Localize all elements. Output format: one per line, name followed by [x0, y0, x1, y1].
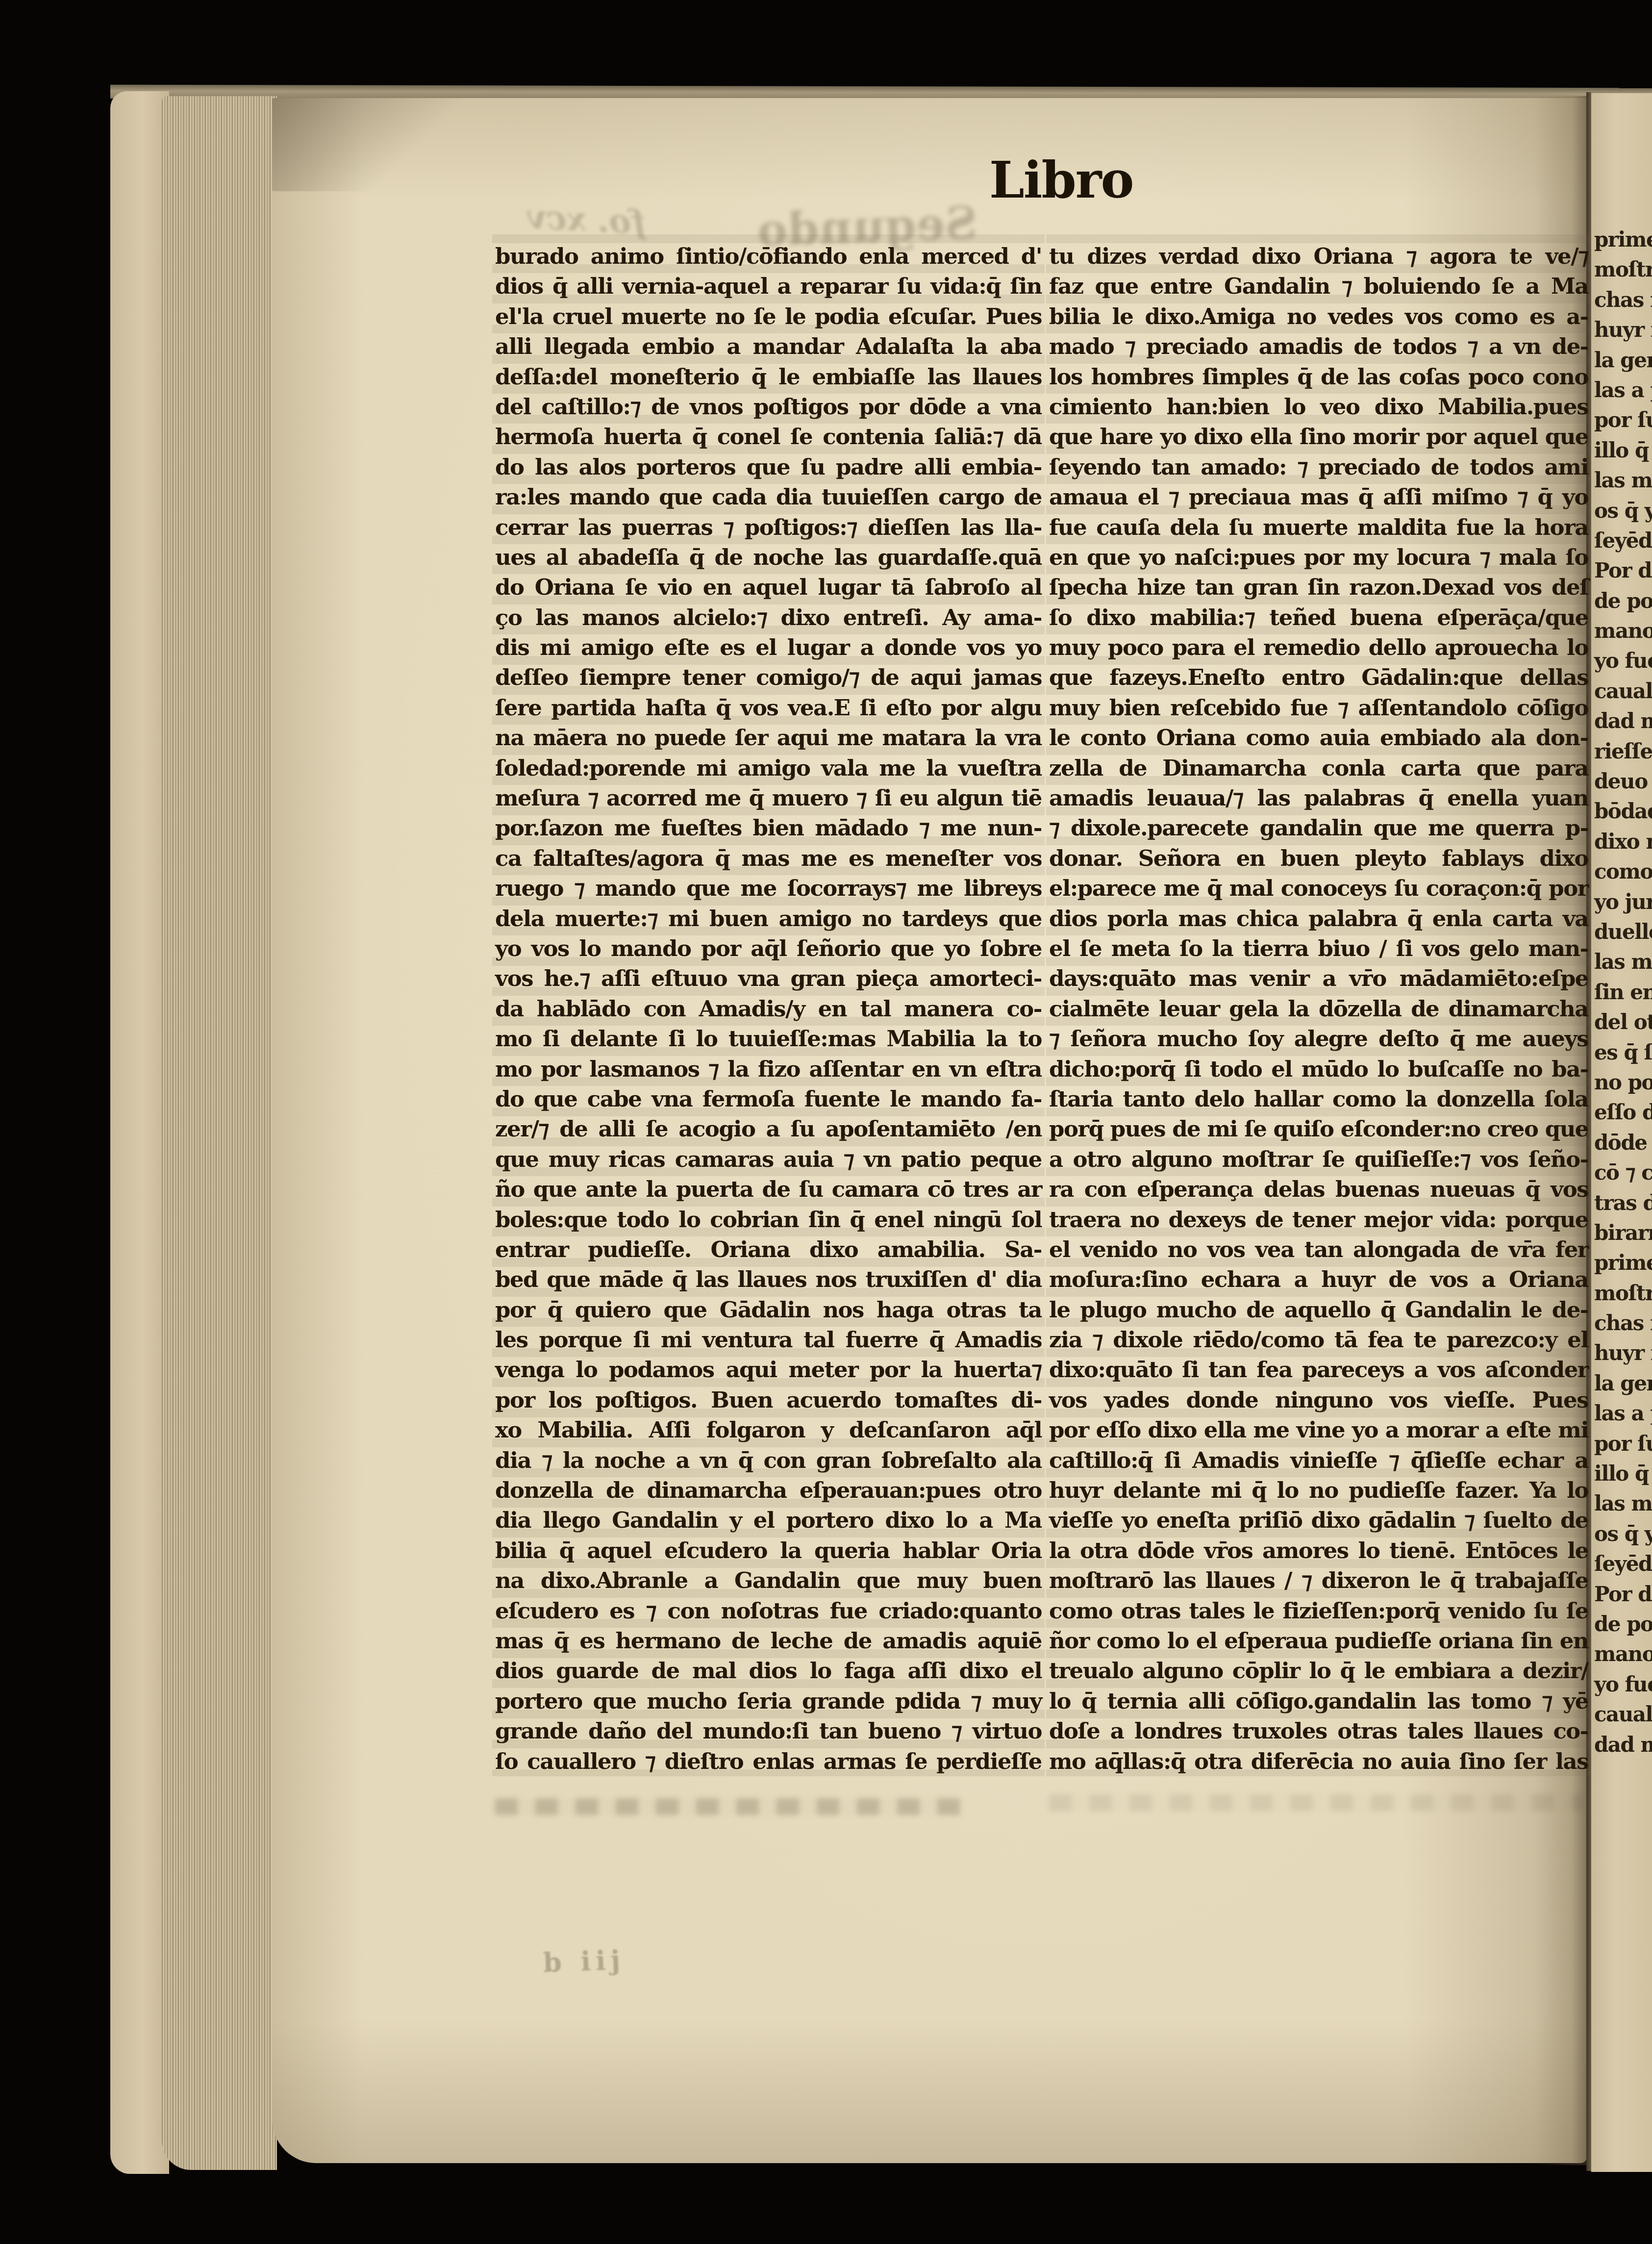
text-column-left: burado animo ſintio/cōfiando enla merced… — [495, 241, 1042, 1776]
text-line: que fazeys.Eneſto entro Gādalin:que dell… — [1049, 662, 1588, 692]
text-line: el venido no vos vea tan alongada de vr̄… — [1049, 1235, 1588, 1264]
text-line: dia ⁊ la noche a vn q̄ con gran ſobreſal… — [495, 1445, 1042, 1475]
facing-page-line: cō ⁊ cō vn — [1594, 1158, 1652, 1187]
facing-page-line: dixo mabilia a — [1594, 827, 1652, 857]
text-line: donzella de dinamarcha eſperauan:pues ot… — [495, 1475, 1042, 1505]
text-line: por los poſtigos. Buen acuerdo tomaſtes … — [495, 1385, 1042, 1415]
facing-page-line: huyr no puede:⁊ — [1594, 315, 1652, 345]
text-line: days:quāto mas venir a vr̄o mādamiēto:eſ… — [1049, 963, 1588, 993]
text-line: porq̄ pues de mi ſe quiſo eſconder:no cr… — [1049, 1114, 1588, 1144]
setoff-smudge-right — [1049, 1794, 1583, 1811]
facing-page-line: manos:⁊ dixo le — [1594, 616, 1652, 646]
text-line: por.ſazon me fueſtes bien mādado ⁊ me nu… — [495, 813, 1042, 843]
text-line: entrar pudieſſe. Oriana dixo amabilia. S… — [495, 1235, 1042, 1264]
text-line: muy bien reſcebido fue ⁊ aſſentandolo cō… — [1049, 693, 1588, 723]
text-line: moſura:ſino echara a huyr de vos a Orian… — [1049, 1264, 1588, 1294]
setoff-smudge-left — [495, 1798, 961, 1815]
text-line: do que cabe vna fermoſa fuente le mando … — [495, 1084, 1042, 1114]
text-line: ra:les mando que cada dia tuuieſſen carg… — [495, 482, 1042, 512]
facing-page-line: la gente del caſt — [1594, 1368, 1652, 1398]
text-line: da hablādo con Amadis/y en tal manera co… — [495, 994, 1042, 1024]
text-line: burado animo ſintio/cōfiando enla merced… — [495, 241, 1042, 271]
facing-page-strip: primeras viejasmoſtro las llauechas ſerā… — [1591, 93, 1652, 2172]
text-line: por eſſo dixo ella me vine yo a morar a … — [1049, 1415, 1588, 1445]
text-line: na māera no puede ſer aqui me matara la … — [495, 723, 1042, 753]
text-line: ſeyendo tan amado: ⁊ preciado de todos a… — [1049, 452, 1588, 482]
facing-page-line: os q̄ ya oyſtes — [1594, 496, 1652, 526]
text-line: ço las manos alcielo:⁊ dixo entreſi. Ay … — [495, 603, 1042, 632]
text-line: do Oriana ſe vio en aquel lugar tā ſabro… — [495, 572, 1042, 602]
text-line: donar. Señora en buen pleyto fablays dix… — [1049, 843, 1588, 873]
text-line: ues al abadeſſa q̄ de noche las guardaſſ… — [495, 542, 1042, 572]
text-line: doſe a londres truxoles otras tales llau… — [1049, 1716, 1588, 1746]
facing-page-line: las manos ſe — [1594, 1488, 1652, 1518]
page-block-fore-edge — [162, 96, 277, 2170]
text-line: moſtrarō las llaues / ⁊ dixeron le q̄ tr… — [1049, 1565, 1588, 1595]
text-line: meſura ⁊ acorred me q̄ muero ⁊ ſi eu alg… — [495, 783, 1042, 813]
text-line: la otra dōde vr̄os amores lo tienē. Entō… — [1049, 1536, 1588, 1565]
facing-page-line: illo q̄ mi poco ſ — [1594, 1459, 1652, 1488]
facing-page-line: dōde la p — [1594, 1128, 1652, 1158]
text-line: ſere partida haſta q̄ vos vea.E ſi eſto … — [495, 693, 1042, 723]
text-line: huyr delante mi q̄ lo no pudieſſe fazer.… — [1049, 1475, 1588, 1505]
text-line: ra con eſperança delas buenas nueuas q̄ … — [1049, 1174, 1588, 1204]
facing-page-line: no podr — [1594, 1067, 1652, 1097]
facing-page-line: las a prouar. A — [1594, 375, 1652, 405]
facing-page-line: como acaba — [1594, 857, 1652, 886]
text-line: el:parece me q̄ mal conoceys ſu coraçon:… — [1049, 873, 1588, 903]
facing-page-line: ſeyēdo y a ce — [1594, 526, 1652, 555]
text-line: les porque ſi mi ventura tal fuerre q̄ A… — [495, 1325, 1042, 1355]
text-line: dia llego Gandalin y el portero dixo lo … — [495, 1505, 1042, 1535]
facing-page-line: cauallo de — [1594, 676, 1652, 706]
text-line: ca faltaſtes/agora q̄ mas me es meneſter… — [495, 843, 1042, 873]
text-line: mo aq̄llas:q̄ otra diferēcia no auia ſin… — [1049, 1746, 1588, 1776]
text-line: ⁊ dixole.parecete gandalin que me querra… — [1049, 813, 1588, 843]
deckle-page-edge — [110, 91, 169, 2174]
text-line: hermoſa huerta q̄ conel ſe contenia ſali… — [495, 422, 1042, 452]
text-line: dela muerte:⁊ mi buen amigo no tardeys q… — [495, 904, 1042, 933]
text-column-right: tu dizes verdad dixo Oriana ⁊ agora te v… — [1049, 241, 1588, 1776]
facing-page-line: primeras viejas — [1594, 1248, 1652, 1278]
facing-page-line: ſeyēdo y a ce — [1594, 1549, 1652, 1579]
text-line: zer/⁊ de alli ſe acogio a ſu apoſentamiē… — [495, 1114, 1042, 1144]
text-line: na dixo.Abranle a Gandalin que muy buen — [495, 1565, 1042, 1595]
text-line: a otro alguno moſtrar ſe quiſieſſe:⁊ vos… — [1049, 1144, 1588, 1174]
facing-page-line: deuo temer ſeg — [1594, 766, 1652, 796]
text-line: ſpecha hize tan gran ſin razon.Dexad vos… — [1049, 572, 1588, 602]
text-line: que hare yo dixo ella ſino morir por aqu… — [1049, 422, 1588, 452]
text-line: los hombres ſimples q̄ de las coſas poco… — [1049, 362, 1588, 392]
text-line: ñor como lo el eſperaua pudieſſe oriana … — [1049, 1626, 1588, 1656]
text-line: bed que māde q̄ las llaues nos truxiſſen… — [495, 1264, 1042, 1294]
text-line: tu dizes verdad dixo Oriana ⁊ agora te v… — [1049, 241, 1588, 271]
text-line: bilia q̄ aquel eſcudero la queria hablar… — [495, 1536, 1042, 1565]
facing-page-line: es q̄ ſer — [1594, 1037, 1652, 1067]
facing-page-line: primeras viejas — [1594, 225, 1652, 254]
text-line: cimiento han:bien lo veo dixo Mabilia.pu… — [1049, 392, 1588, 422]
facing-page-line: moſtro las llaue — [1594, 254, 1652, 284]
text-line: dis mi amigo eſte es el lugar a donde vo… — [495, 632, 1042, 662]
facing-page-line: illo q̄ mi poco ſ — [1594, 435, 1652, 465]
text-line: por q̄ quiero que Gādalin nos haga otras… — [495, 1295, 1042, 1325]
text-line: eſcudero es ⁊ con noſotras fue criado:qu… — [495, 1596, 1042, 1626]
text-line: lo q̄ ternia alli cōſigo.gandalin las to… — [1049, 1686, 1588, 1716]
text-line: del caſtillo:⁊ de vnos poſtigos por dōde… — [495, 392, 1042, 422]
text-line: dios q̄ alli vernia-aquel a reparar ſu v… — [495, 271, 1042, 301]
text-line: en que yo naſci:pues por my locura ⁊ mal… — [1049, 542, 1588, 572]
facing-page-line: yo fuere q̄ vos — [1594, 1669, 1652, 1699]
facing-page-line: chas ſerā cauſa — [1594, 1308, 1652, 1338]
facing-page-line: duello ni ceñ — [1594, 917, 1652, 947]
facing-page-line: dad me ſin m — [1594, 706, 1652, 736]
facing-page-line: Por dios am — [1594, 555, 1652, 585]
text-line: yo vos lo mando por aq̄l ſeñorio que yo … — [495, 933, 1042, 963]
text-line: vos yades donde ninguno vos vieſſe. Pues — [1049, 1385, 1588, 1415]
text-line: venga lo podamos aqui meter por la huert… — [495, 1355, 1042, 1385]
facing-page-line: Por dios am — [1594, 1579, 1652, 1609]
text-line: amaua el ⁊ preciaua mas q̄ aſſi miſmo ⁊ … — [1049, 482, 1588, 512]
text-line: zia ⁊ dixole riēdo/como tā fea te parezc… — [1049, 1325, 1588, 1355]
running-title: Libro — [989, 151, 1136, 210]
facing-page-line: por ſu mercēd — [1594, 1429, 1652, 1459]
text-line: ſo cauallero ⁊ dieſtro enlas armas ſe pe… — [495, 1746, 1042, 1776]
text-line: xo Mabilia. Aſſi folgaron y deſcanſaron … — [495, 1415, 1042, 1445]
facing-page-line: las manos ſe — [1594, 465, 1652, 495]
facing-page-line: yo juro q̄ en — [1594, 887, 1652, 917]
facing-page-line: bōdad de arm — [1594, 796, 1652, 826]
text-line: boles:que todo lo cobrian ſin q̄ enel ni… — [495, 1205, 1042, 1235]
facing-page-line: de poder de yr — [1594, 1609, 1652, 1639]
text-line: caſtillo:q̄ ſi Amadis vinieſſe ⁊ q̄ſieſſ… — [1049, 1445, 1588, 1475]
text-line: que muy ricas camaras auia ⁊ vn patio pe… — [495, 1144, 1042, 1174]
text-line: ſo dixo mabilia:⁊ teñed buena eſperāça/q… — [1049, 603, 1588, 632]
text-line: bilia le dixo.Amiga no vedes vos como es… — [1049, 302, 1588, 331]
facing-page-line: birarmas eſt — [1594, 1218, 1652, 1248]
text-line: ſtaria tanto delo hallar como la donzell… — [1049, 1084, 1588, 1114]
facing-page-line: manos:⁊ dixo le — [1594, 1639, 1652, 1669]
facing-page-text: primeras viejasmoſtro las llauechas ſerā… — [1594, 225, 1652, 1760]
facing-page-line: huyr no puede:⁊ — [1594, 1338, 1652, 1368]
text-line: le conto Oriana como auia embiado ala do… — [1049, 723, 1588, 753]
text-line: grande daño del mundo:ſi tan bueno ⁊ vir… — [495, 1716, 1042, 1746]
facing-page-line: del otro:⁊ aſſ — [1594, 1007, 1652, 1037]
text-line: dios porla mas chica palabra q̄ enla car… — [1049, 904, 1588, 933]
text-line: cialmēte leuar gela la dōzella de dinama… — [1049, 994, 1588, 1024]
facing-page-line: la gente del caſt — [1594, 345, 1652, 375]
text-line: como otras tales le fizieſſen:porq̄ veni… — [1049, 1596, 1588, 1626]
page-corner-shadow — [272, 98, 478, 191]
text-line: ſoledad:porende mi amigo vala me la vueſ… — [495, 753, 1042, 783]
facing-page-line: las manos — [1594, 947, 1652, 977]
facing-page-line: ſin entreu a — [1594, 977, 1652, 1007]
text-line: ño que ante la puerta de ſu camara cō tr… — [495, 1174, 1042, 1204]
text-line: vos he.⁊ aſſi eſtuuo vna gran pieça amor… — [495, 963, 1042, 993]
facing-page-line: eſſo dix — [1594, 1097, 1652, 1127]
facing-page-line: rieſſe:⁊ dixo — [1594, 736, 1652, 766]
text-line: muy poco para el remedio dello aprouecha… — [1049, 632, 1588, 662]
text-line: deſſeo ſiempre tener comigo/⁊ de aqui ja… — [495, 662, 1042, 692]
text-line: faz que entre Gandalin ⁊ boluiendo ſe a … — [1049, 271, 1588, 301]
text-line: do las alos porteros que ſu padre alli e… — [495, 452, 1042, 482]
text-line: traera no dexeys de tener mejor vida: po… — [1049, 1205, 1588, 1235]
text-line: dicho:porq̄ ſi todo el mūdo lo buſcaſſe … — [1049, 1054, 1588, 1084]
text-line: el'la cruel muerte no ſe le podia eſcuſa… — [495, 302, 1042, 331]
text-line: zella de Dinamarcha conla carta que para — [1049, 753, 1588, 783]
text-line: el ſe meta ſo la tierra biuo / ſi vos ge… — [1049, 933, 1588, 963]
text-line: portero que mucho ſeria grande pdida ⁊ m… — [495, 1686, 1042, 1716]
text-line: mado ⁊ preciado amadis de todos ⁊ a vn d… — [1049, 331, 1588, 361]
text-line: mas q̄ es hermano de leche de amadis aqu… — [495, 1626, 1042, 1656]
facing-page-line: dad me ſin m — [1594, 1730, 1652, 1760]
facing-page-line: las a prouar. A — [1594, 1398, 1652, 1428]
facing-page-line: yo fuere q̄ vos — [1594, 646, 1652, 676]
text-line: mo por lasmanos ⁊ la fizo aſſentar en vn… — [495, 1054, 1042, 1084]
text-line: dios guarde de mal dios lo faga aſſi dix… — [495, 1656, 1042, 1686]
text-line: deſſa:del moneſterio q̄ le embiaſſe las … — [495, 362, 1042, 392]
facing-page-line: chas ſerā cauſa — [1594, 285, 1652, 315]
text-line: alli llegada embio a mandar Adalaſta la … — [495, 331, 1042, 361]
text-line: treualo alguno cōplir lo q̄ le embiara a… — [1049, 1656, 1588, 1686]
text-line: le plugo mucho de aquello q̄ Gandalin le… — [1049, 1295, 1588, 1325]
facing-page-line: moſtro las llaue — [1594, 1278, 1652, 1308]
text-line: vieſſe yo eneſta priſiō dixo gādalin ⁊ ſ… — [1049, 1505, 1588, 1535]
facing-page-line: tras dādo l — [1594, 1188, 1652, 1218]
scanned-book-photo: primeras viejasmoſtro las llauechas ſerā… — [0, 0, 1652, 2244]
text-line: fue cauſa dela ſu muerte maldita fue la … — [1049, 512, 1588, 542]
facing-page-line: os q̄ ya oyſtes — [1594, 1519, 1652, 1549]
facing-page-line: por ſu mercēd — [1594, 405, 1652, 435]
text-line: mo ſi delante ſi lo tuuieſſe:mas Mabilia… — [495, 1024, 1042, 1054]
text-line: cerrar las puerras ⁊ poſtigos:⁊ dieſſen … — [495, 512, 1042, 542]
text-line: ⁊ ſeñora mucho ſoy alegre deſto q̄ me au… — [1049, 1024, 1588, 1054]
facing-page-line: de poder de yr — [1594, 586, 1652, 616]
text-line: amadis leuaua/⁊ las palabras q̄ enella y… — [1049, 783, 1588, 813]
text-line: ruego ⁊ mando que me ſocorrays⁊ me libre… — [495, 873, 1042, 903]
facing-page-line: cauallo de — [1594, 1699, 1652, 1729]
text-line: dixo:quāto ſi tan fea pareceys a vos aſc… — [1049, 1355, 1588, 1385]
